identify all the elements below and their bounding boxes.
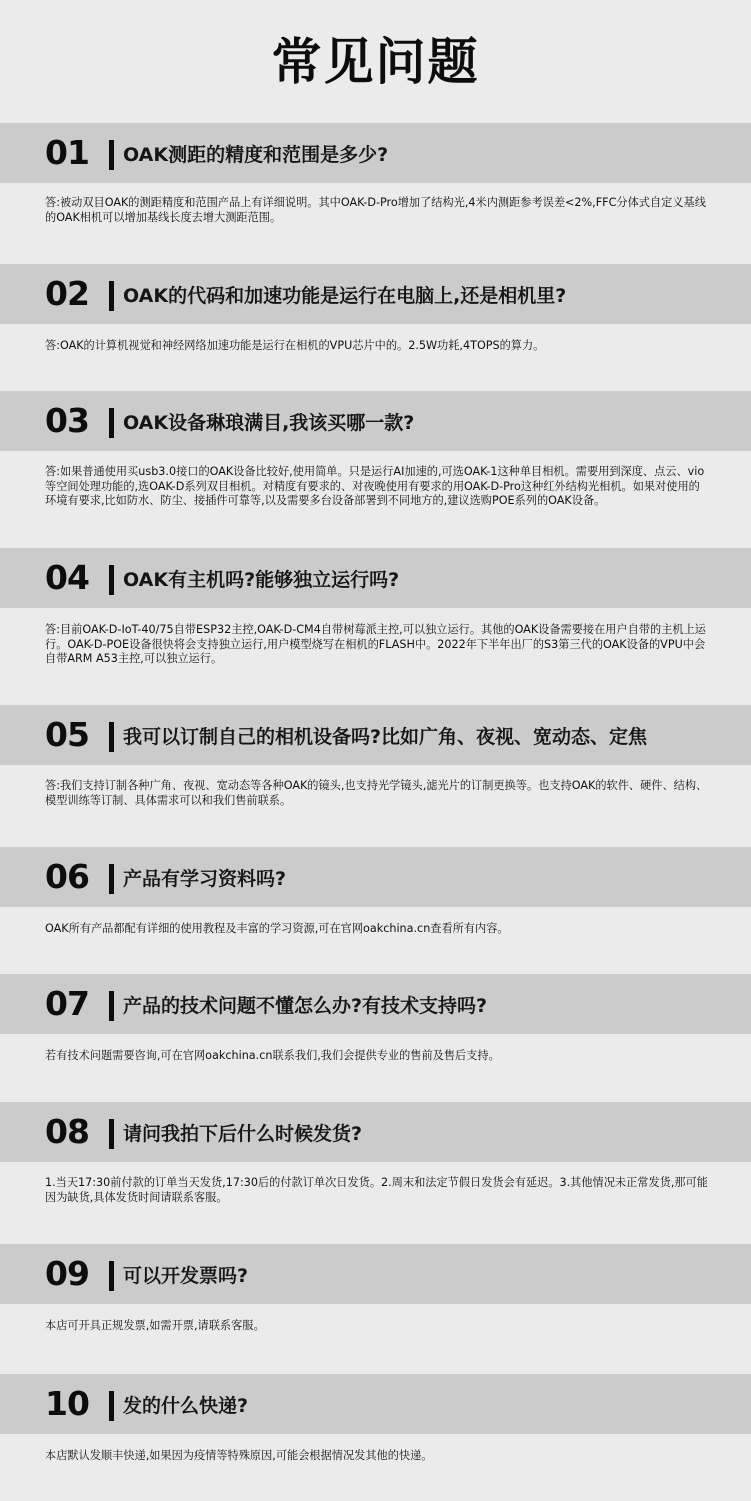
faq-number: 08 (45, 1110, 89, 1154)
faq-answer: 若有技术问题需要咨询,可在官网oakchina.cn联系我们,我们会提供专业的售… (45, 1049, 710, 1064)
faq-answer: 答:被动双目OAK的测距精度和范围产品上有详细说明。其中OAK-D-Pro增加了… (45, 196, 710, 225)
faq-question: 产品有学习资料吗? (123, 864, 286, 894)
divider-bar (109, 991, 114, 1021)
divider-bar (109, 1261, 114, 1291)
faq-answer: OAK所有产品都配有详细的使用教程及丰富的学习资源,可在官网oakchina.c… (45, 922, 710, 937)
faq-number: 06 (45, 855, 89, 899)
faq-question-band: 02 OAK的代码和加速功能是运行在电脑上,还是相机里? (0, 264, 751, 324)
faq-question-band: 04 OAK有主机吗?能够独立运行吗? (0, 548, 751, 608)
faq-question: OAK设备琳琅满目,我该买哪一款? (123, 408, 414, 438)
faq-question-band: 08 请问我拍下后什么时候发货? (0, 1102, 751, 1162)
faq-answer: 答:目前OAK-D-IoT-40/75自带ESP32主控,OAK-D-CM4自带… (45, 623, 710, 667)
faq-question: 可以开发票吗? (123, 1261, 248, 1291)
faq-number: 01 (45, 131, 89, 175)
faq-question: 我可以订制自己的相机设备吗?比如广角、夜视、宽动态、定焦 (123, 722, 647, 752)
faq-number: 04 (45, 556, 89, 600)
faq-question-band: 09 可以开发票吗? (0, 1244, 751, 1304)
faq-number: 05 (45, 713, 89, 757)
faq-number: 10 (45, 1382, 89, 1426)
divider-bar (109, 1119, 114, 1149)
divider-bar (109, 722, 114, 752)
divider-bar (109, 408, 114, 438)
faq-answer: 本店可开具正规发票,如需开票,请联系客服。 (45, 1319, 710, 1334)
faq-question-band: 05 我可以订制自己的相机设备吗?比如广角、夜视、宽动态、定焦 (0, 705, 751, 765)
faq-answer: 1.当天17:30前付款的订单当天发货,17:30后的付款订单次日发货。2.周末… (45, 1176, 710, 1205)
divider-bar (109, 140, 114, 170)
faq-answer: 答:OAK的计算机视觉和神经网络加速功能是运行在相机的VPU芯片中的。2.5W功… (45, 339, 710, 354)
divider-bar (109, 281, 114, 311)
divider-bar (109, 1391, 114, 1421)
faq-question-band: 06 产品有学习资料吗? (0, 847, 751, 907)
faq-question-band: 03 OAK设备琳琅满目,我该买哪一款? (0, 391, 751, 451)
faq-number: 07 (45, 982, 89, 1026)
faq-number: 02 (45, 272, 89, 316)
faq-question: OAK测距的精度和范围是多少? (123, 140, 388, 170)
faq-question-band: 01 OAK测距的精度和范围是多少? (0, 123, 751, 183)
page-title: 常见问题 (0, 28, 751, 96)
faq-question-band: 10 发的什么快递? (0, 1374, 751, 1434)
faq-answer: 本店默认发顺丰快递,如果因为疫情等特殊原因,可能会根据情况发其他的快递。 (45, 1449, 710, 1464)
faq-answer: 答:我们支持订制各种广角、夜视、宽动态等各种OAK的镜头,也支持光学镜头,滤光片… (45, 779, 710, 808)
faq-question: OAK有主机吗?能够独立运行吗? (123, 565, 399, 595)
faq-answer: 答:如果普通使用买usb3.0接口的OAK设备比较好,使用简单。只是运行AI加速… (45, 465, 710, 509)
faq-question: 产品的技术问题不懂怎么办?有技术支持吗? (123, 991, 487, 1021)
faq-question: OAK的代码和加速功能是运行在电脑上,还是相机里? (123, 281, 566, 311)
faq-question: 请问我拍下后什么时候发货? (123, 1119, 362, 1149)
faq-question: 发的什么快递? (123, 1391, 248, 1421)
faq-number: 03 (45, 399, 89, 443)
faq-question-band: 07 产品的技术问题不懂怎么办?有技术支持吗? (0, 974, 751, 1034)
faq-number: 09 (45, 1252, 89, 1296)
divider-bar (109, 864, 114, 894)
divider-bar (109, 565, 114, 595)
